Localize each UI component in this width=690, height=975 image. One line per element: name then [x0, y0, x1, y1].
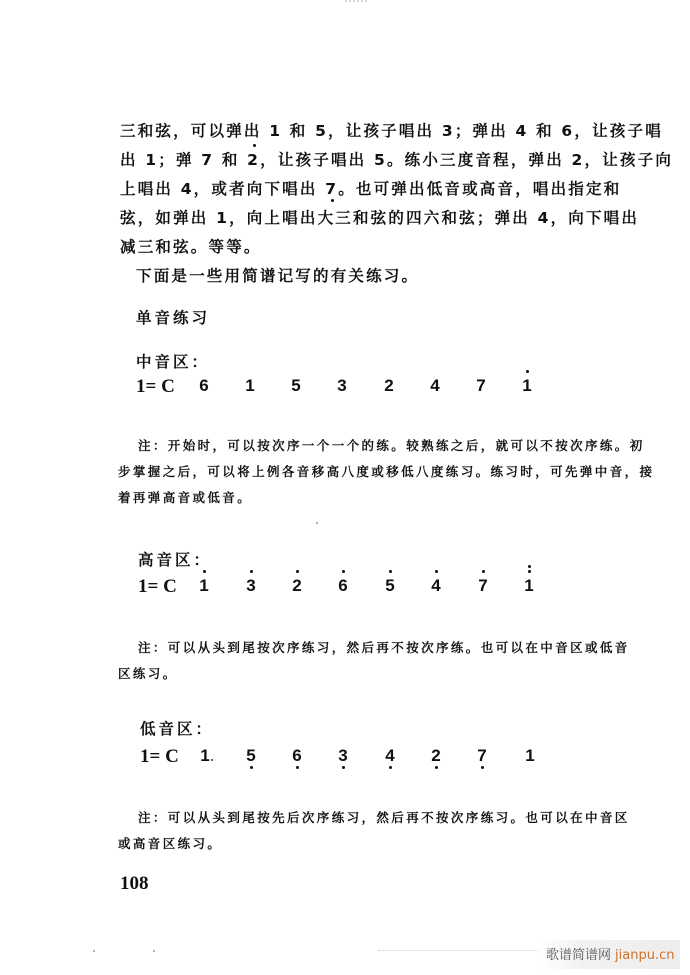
note-high: 3: [244, 576, 258, 596]
intro-line-5: 减三和弦。等等。: [120, 233, 640, 262]
notation-line-low: 1= C 1 5 6 3 4 2 7 1: [140, 746, 560, 776]
register-label-low: 低音区：: [140, 717, 214, 739]
page-number: 108: [120, 873, 149, 895]
key-signature: 1= C: [138, 576, 177, 598]
key-signature: 1= C: [140, 746, 179, 768]
note-low: 2: [429, 746, 443, 766]
note: 1: [198, 746, 212, 766]
note: 5: [289, 376, 303, 396]
scan-speck: [153, 950, 155, 952]
note: 6: [197, 376, 211, 396]
intro-line-1: 三和弦，可以弹出 1 和 5，让孩子唱出 3；弹出 4 和 6，让孩子唱: [120, 117, 640, 146]
note-low: 3: [336, 746, 350, 766]
register-label-middle: 中音区：: [136, 350, 210, 372]
intro-line-3: 上唱出 4，或者向下唱出 7。也可弹出低音或高音，唱出指定和: [120, 175, 640, 204]
scan-speck: [316, 522, 318, 524]
scan-speck: [93, 950, 95, 952]
key-signature: 1= C: [136, 376, 175, 398]
scan-artifact-footer: [378, 950, 538, 952]
note-low: 4: [383, 746, 397, 766]
intro-line-2: 出 1；弹 7 和 2，让孩子唱出 5。练小三度音程，弹出 2，让孩子向: [120, 146, 640, 175]
intro-line-4: 弦，如弹出 1，向上唱出大三和弦的四六和弦；弹出 4，向下唱出: [120, 204, 640, 233]
lead-in-text: 下面是一些用简谱记写的有关练习。: [136, 264, 419, 286]
notation-line-high: 1= C 1 3 2 6 5 4 7 1: [138, 576, 558, 606]
note-high: 4: [429, 576, 443, 596]
high-dot-note: 2: [247, 146, 260, 175]
book-page: 三和弦，可以弹出 1 和 5，让孩子唱出 3；弹出 4 和 6，让孩子唱 出 1…: [0, 0, 690, 975]
register-label-high: 高音区：: [138, 548, 212, 570]
note-low: 7: [475, 746, 489, 766]
remark-middle: 注：开始时，可以按次序一个一个的练。较熟练之后，就可以不按次序练。初 步掌握之后…: [118, 433, 638, 511]
section-title: 单音练习: [136, 306, 210, 328]
watermark-site-name: 歌谱简谱网: [546, 948, 611, 963]
notation-line-middle: 1= C 6 1 5 3 2 4 7 1: [136, 376, 556, 406]
note-high: 5: [383, 576, 397, 596]
low-dot-note: 7: [325, 175, 338, 204]
note-high: 2: [290, 576, 304, 596]
note: 1: [243, 376, 257, 396]
note-double-high: 1: [522, 576, 536, 596]
watermark: 歌谱简谱网jianpu.cn: [540, 940, 680, 969]
intro-paragraph: 三和弦，可以弹出 1 和 5，让孩子唱出 3；弹出 4 和 6，让孩子唱 出 1…: [120, 117, 640, 262]
note: 2: [382, 376, 396, 396]
remark-high: 注：可以从头到尾按次序练习，然后再不按次序练。也可以在中音区或低音 区练习。: [118, 635, 638, 687]
note-low: 5: [244, 746, 258, 766]
note: 1: [523, 746, 537, 766]
note: 4: [428, 376, 442, 396]
note-high: 1: [520, 376, 534, 396]
note-high: 1: [197, 576, 211, 596]
watermark-url: jianpu.cn: [615, 948, 674, 963]
scan-artifact-header: [345, 0, 367, 8]
note-low: 6: [290, 746, 304, 766]
note: 3: [335, 376, 349, 396]
note-high: 6: [336, 576, 350, 596]
remark-low: 注：可以从头到尾按先后次序练习，然后再不按次序练习。也可以在中音区 或高音区练习…: [118, 805, 638, 857]
note: 7: [474, 376, 488, 396]
note-high: 7: [476, 576, 490, 596]
